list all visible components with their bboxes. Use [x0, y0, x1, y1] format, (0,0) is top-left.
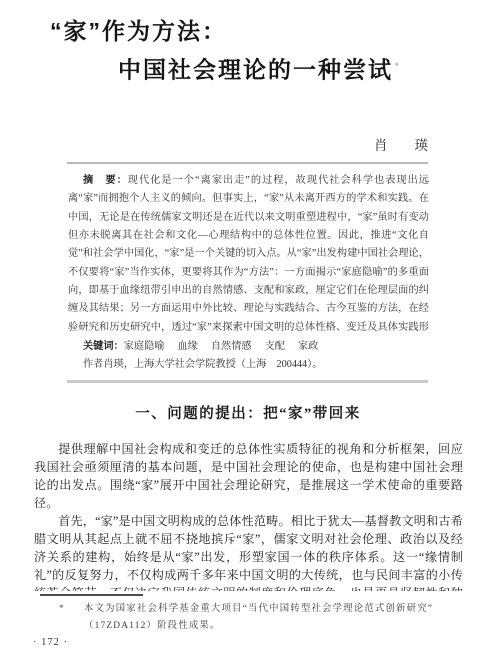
header-rule: [67, 162, 428, 164]
paper-title-line1: “家”作为方法：: [50, 14, 466, 49]
abstract-label: 摘 要：: [83, 175, 128, 186]
keywords-label: 关键词：: [83, 341, 124, 352]
keyword-term: 血缘: [178, 341, 198, 352]
footnote-text-line2: （17ZDA112）阶段性成果。: [84, 618, 469, 635]
footnote: *本文为国家社会科学基金重大项目“当代中国转型社会学理论范式创新研究” （17Z…: [59, 601, 469, 635]
page-number: · 172 ·: [33, 637, 68, 648]
body-paragraph: 提供理解中国社会构成和变迁的总体性实质特征的视角和分析框架，回应我国社会亟须厘清…: [34, 440, 463, 512]
title-footnote-marker: *: [395, 61, 399, 71]
abstract-text: 现代化是一个“离家出走”的过程，故现代社会科学也表现出远离“家”而拥抱个人主义的…: [68, 175, 429, 338]
section-heading: 一、问题的提出：把“家”带回来: [0, 404, 496, 425]
footnote-rule: [40, 594, 143, 596]
author-name: 肖 瑛: [68, 134, 428, 154]
keyword-term: 家政: [298, 341, 318, 352]
paper-title-line2: 中国社会理论的一种尝试: [118, 57, 393, 83]
keyword-term: 支配: [265, 341, 285, 352]
footnote-line1: *本文为国家社会科学基金重大项目“当代中国转型社会学理论范式创新研究”: [59, 601, 469, 618]
footnote-marker: *: [59, 601, 84, 618]
author-affiliation-note: 作者肖瑛，上海大学社会学院教授（上海 200444）。: [68, 356, 429, 373]
keyword-term: 自然情感: [211, 341, 252, 352]
body-paragraph: 首先，“家”是中国文明构成的总体性范畴。相比于犹太—基督教文明和古希腊文明从其起…: [34, 512, 463, 591]
abstract-bottom-rule: [67, 380, 428, 383]
keyword-term: 家庭隐喻: [124, 341, 165, 352]
keywords-line: 关键词：家庭隐喻血缘自然情感支配家政: [68, 338, 429, 356]
paper-title: “家”作为方法： 中国社会理论的一种尝试*: [50, 14, 466, 88]
paper-title-line2-wrap: 中国社会理论的一种尝试*: [118, 49, 466, 88]
footnote-text-line1: 本文为国家社会科学基金重大项目“当代中国转型社会学理论范式创新研究”: [84, 604, 433, 614]
abstract-block: 摘 要：现代化是一个“离家出走”的过程，故现代社会科学也表现出远离“家”而拥抱个…: [68, 172, 429, 338]
paper-page: “家”作为方法： 中国社会理论的一种尝试* 肖 瑛 摘 要：现代化是一个“离家出…: [0, 0, 496, 665]
abstract-paragraph: 摘 要：现代化是一个“离家出走”的过程，故现代社会科学也表现出远离“家”而拥抱个…: [68, 172, 429, 338]
body-text: 提供理解中国社会构成和变迁的总体性实质特征的视角和分析框架，回应我国社会亟须厘清…: [34, 440, 463, 591]
